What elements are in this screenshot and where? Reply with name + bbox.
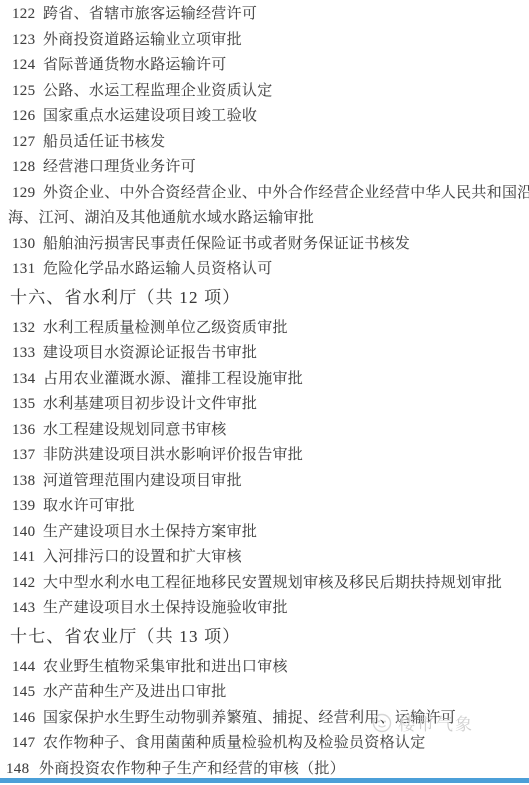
watermark-text: 楼市气象 bbox=[398, 710, 474, 735]
list-item: 134占用农业灌溉水源、灌排工程设施审批 bbox=[0, 367, 529, 393]
item-text: 公路、水运工程监理企业资质认定 bbox=[43, 83, 273, 99]
item-text: 建设项目水资源论证报告书审批 bbox=[43, 345, 257, 361]
list-item: 138河道管理范围内建设项目审批 bbox=[0, 469, 529, 495]
item-text: 船舶油污损害民事责任保险证书或者财务保证证书核发 bbox=[43, 236, 410, 252]
item-text: 占用农业灌溉水源、灌排工程设施审批 bbox=[43, 371, 303, 387]
list-item: 135水利基建项目初步设计文件审批 bbox=[0, 392, 529, 418]
item-text: 水产苗种生产及进出口审批 bbox=[43, 684, 227, 700]
list-item: 136水工程建设规划同意书审核 bbox=[0, 418, 529, 444]
item-text: 水利工程质量检测单位乙级资质审批 bbox=[43, 320, 288, 336]
list-item: 124省际普通货物水路运输许可 bbox=[0, 53, 529, 79]
item-number: 122 bbox=[12, 2, 43, 28]
item-text: 外商投资农作物种子生产和经营的审核（批） bbox=[39, 761, 345, 777]
list-item: 122跨省、省辖市旅客运输经营许可 bbox=[0, 2, 529, 28]
list-item: 128经营港口理货业务许可 bbox=[0, 155, 529, 181]
item-number: 134 bbox=[12, 367, 43, 393]
list-item: 127船员适任证书核发 bbox=[0, 130, 529, 156]
item-number: 132 bbox=[12, 316, 43, 342]
list-item: 126国家重点水运建设项目竣工验收 bbox=[0, 104, 529, 130]
list-item: 125公路、水运工程监理企业资质认定 bbox=[0, 79, 529, 105]
item-number: 130 bbox=[12, 232, 43, 258]
item-number: 146 bbox=[12, 706, 43, 732]
item-text: 危险化学品水路运输人员资格认可 bbox=[43, 261, 273, 277]
list-item: 131危险化学品水路运输人员资格认可 bbox=[0, 257, 529, 283]
item-number: 140 bbox=[12, 520, 43, 546]
list-item: 140生产建设项目水土保持方案审批 bbox=[0, 520, 529, 546]
item-text: 河道管理范围内建设项目审批 bbox=[43, 473, 242, 489]
item-number: 139 bbox=[12, 494, 43, 520]
list-item: 137非防洪建设项目洪水影响评价报告审批 bbox=[0, 443, 529, 469]
item-text: 外商投资道路运输业立项审批 bbox=[43, 32, 242, 48]
item-text: 农业野生植物采集审批和进出口审核 bbox=[43, 659, 288, 675]
list-item: 141入河排污口的设置和扩大审核 bbox=[0, 545, 529, 571]
item-number: 133 bbox=[12, 341, 43, 367]
section-header: 十六、省水利厅（共 12 项） bbox=[0, 284, 529, 311]
section-header: 十七、省农业厅（共 13 项） bbox=[0, 623, 529, 650]
item-number: 137 bbox=[12, 443, 43, 469]
item-number: 138 bbox=[12, 469, 43, 495]
list-item: 142大中型水利水电工程征地移民安置规划审核及移民后期扶持规划审批 bbox=[0, 571, 529, 597]
item-number: 127 bbox=[12, 130, 43, 156]
item-number: 145 bbox=[12, 680, 43, 706]
item-number: 135 bbox=[12, 392, 43, 418]
item-number: 125 bbox=[12, 79, 43, 105]
approval-list: 122跨省、省辖市旅客运输经营许可123外商投资道路运输业立项审批124省际普通… bbox=[0, 0, 529, 782]
item-number: 123 bbox=[12, 28, 43, 54]
item-number: 126 bbox=[12, 104, 43, 130]
item-text: 入河排污口的设置和扩大审核 bbox=[43, 549, 242, 565]
list-item: 132水利工程质量检测单位乙级资质审批 bbox=[0, 316, 529, 342]
item-number: 142 bbox=[12, 571, 43, 597]
list-item: 130船舶油污损害民事责任保险证书或者财务保证证书核发 bbox=[0, 232, 529, 258]
item-text: 大中型水利水电工程征地移民安置规划审核及移民后期扶持规划审批 bbox=[43, 575, 502, 591]
item-text: 省际普通货物水路运输许可 bbox=[43, 57, 227, 73]
item-text: 船员适任证书核发 bbox=[43, 134, 165, 150]
list-item: 139取水许可审批 bbox=[0, 494, 529, 520]
item-number: 129 bbox=[12, 181, 43, 207]
page-root: { "page": { "accent_bar_color": "#4b9fd8… bbox=[0, 0, 529, 785]
list-item: 145水产苗种生产及进出口审批 bbox=[0, 680, 529, 706]
watermark: 楼市气象 bbox=[372, 710, 474, 735]
item-text: 水利基建项目初步设计文件审批 bbox=[43, 396, 257, 412]
item-text: 生产建设项目水土保持设施验收审批 bbox=[43, 600, 288, 616]
item-text: 外资企业、中外合资经营企业、中外合作经营企业经营中华人民共和国沿 bbox=[43, 185, 529, 201]
list-item: 129外资企业、中外合资经营企业、中外合作经营企业经营中华人民共和国沿 bbox=[0, 181, 529, 207]
weather-face-logo-icon bbox=[372, 713, 392, 733]
item-text: 跨省、省辖市旅客运输经营许可 bbox=[43, 6, 257, 22]
item-text: 取水许可审批 bbox=[43, 498, 135, 514]
item-number: 147 bbox=[12, 731, 43, 757]
list-item: 133建设项目水资源论证报告书审批 bbox=[0, 341, 529, 367]
item-number: 136 bbox=[12, 418, 43, 444]
item-text: 国家重点水运建设项目竣工验收 bbox=[43, 108, 257, 124]
item-text: 水工程建设规划同意书审核 bbox=[43, 422, 227, 438]
list-item-continuation: 海、江河、湖泊及其他通航水域水路运输审批 bbox=[0, 206, 529, 232]
item-text: 生产建设项目水土保持方案审批 bbox=[43, 524, 257, 540]
list-item: 144农业野生植物采集审批和进出口审核 bbox=[0, 655, 529, 681]
item-number: 141 bbox=[12, 545, 43, 571]
item-number: 128 bbox=[12, 155, 43, 181]
item-number: 144 bbox=[12, 655, 43, 681]
item-text: 非防洪建设项目洪水影响评价报告审批 bbox=[43, 447, 303, 463]
item-text: 农作物种子、食用菌菌种质量检验机构及检验员资格认定 bbox=[43, 735, 426, 751]
item-number: 131 bbox=[12, 257, 43, 283]
bottom-accent-bar bbox=[0, 778, 529, 783]
list-item: 123外商投资道路运输业立项审批 bbox=[0, 28, 529, 54]
item-number: 143 bbox=[12, 596, 43, 622]
item-text: 经营港口理货业务许可 bbox=[43, 159, 196, 175]
list-item: 143生产建设项目水土保持设施验收审批 bbox=[0, 596, 529, 622]
item-number: 124 bbox=[12, 53, 43, 79]
